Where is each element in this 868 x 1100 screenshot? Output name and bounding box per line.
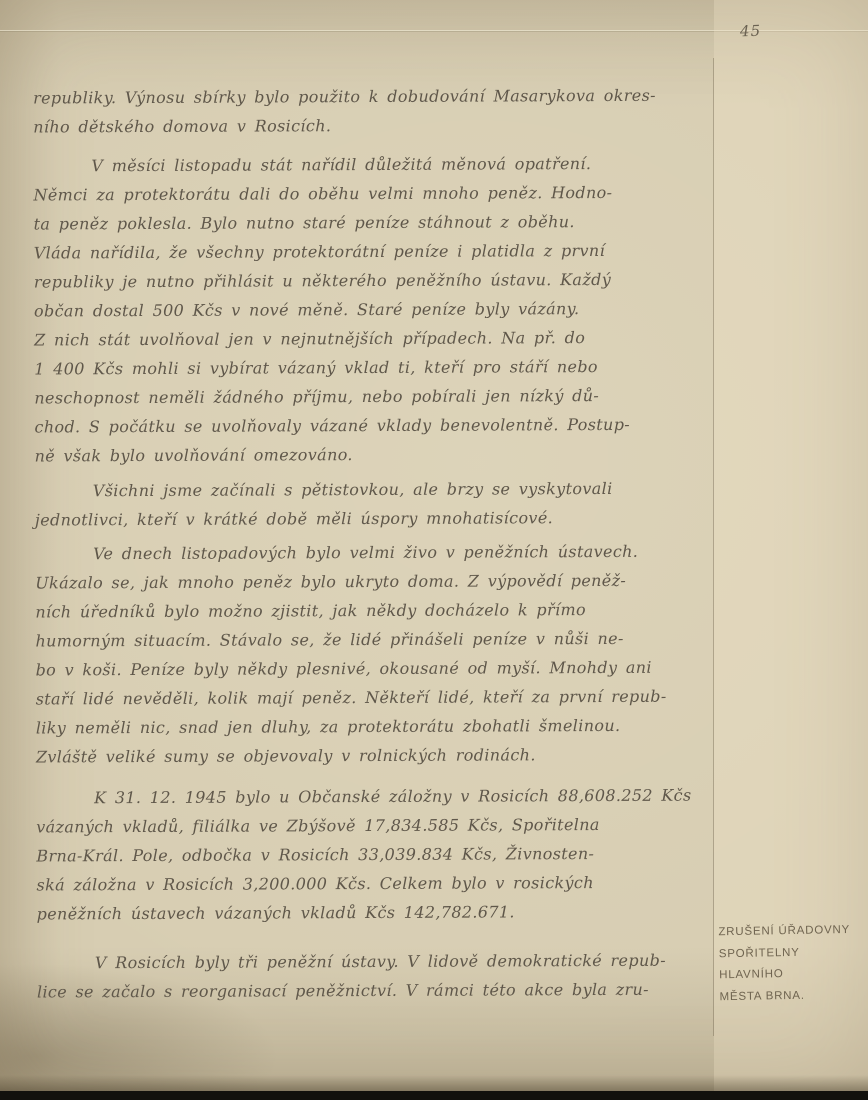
text-line: ta peněz poklesla. Bylo nutno staré pení… [34, 207, 711, 239]
text-line: liky neměli nic, snad jen dluhy, za prot… [36, 711, 713, 743]
paragraph: Všichni jsme začínali s pětistovkou, ale… [35, 474, 712, 535]
text-line: Ukázalo se, jak mnoho peněz bylo ukryto … [35, 566, 712, 598]
text-line: V Rosicích byly tři peněžní ústavy. V li… [37, 946, 714, 978]
text-line: bo v koši. Peníze byly někdy plesnivé, o… [35, 653, 712, 685]
text-line: neschopnost neměli žádného příjmu, nebo … [34, 381, 711, 413]
text-line: K 31. 12. 1945 bylo u Občanské záložny v… [36, 781, 713, 813]
paragraph: Ve dnech listopadových bylo velmi živo v… [35, 537, 713, 772]
text-line: ně však bylo uvolňování omezováno. [35, 439, 712, 471]
text-line: ních úředníků bylo možno zjistit, jak ně… [35, 595, 712, 627]
text-line: 1 400 Kčs mohli si vybírat vázaný vklad … [34, 352, 711, 384]
text-line: humorným situacím. Stávalo se, že lidé p… [35, 624, 712, 656]
paragraph: V Rosicích byly tři peněžní ústavy. V li… [37, 946, 714, 1007]
page-number: 45 [740, 22, 762, 41]
text-line: jednotlivci, kteří v krátké době měli ús… [35, 503, 712, 535]
text-line: lice se začalo s reorganisací peněžnictv… [37, 975, 714, 1007]
text-line: Vláda nařídila, že všechny protektorátní… [34, 236, 711, 268]
text-line: republiky. Výnosu sbírky bylo použito k … [33, 81, 710, 113]
bottom-page-shadow [0, 1075, 868, 1091]
text-line: ního dětského domova v Rosicích. [33, 110, 710, 142]
paragraph: K 31. 12. 1945 bylo u Občanské záložny v… [36, 781, 714, 929]
text-line: Všichni jsme začínali s pětistovkou, ale… [35, 474, 712, 506]
text-line: chod. S počátku se uvolňovaly vázané vkl… [34, 410, 711, 442]
margin-note-line: MĚSTA BRNA. [719, 984, 861, 1008]
margin-note-line: SPOŘITELNY HLAVNÍHO [719, 941, 862, 986]
text-line: Z nich stát uvolňoval jen v nejnutnějšíc… [34, 323, 711, 355]
handwritten-text-block: republiky. Výnosu sbírky bylo použito k … [33, 81, 714, 1007]
text-line: staří lidé nevěděli, kolik mají peněz. N… [36, 682, 713, 714]
text-line: republiky je nutno přihlásit u některého… [34, 265, 711, 297]
text-line: V měsíci listopadu stát nařídil důležitá… [33, 149, 710, 181]
paragraph: republiky. Výnosu sbírky bylo použito k … [33, 81, 710, 142]
text-line: Němci za protektorátu dali do oběhu velm… [33, 178, 710, 210]
margin-note-line: ZRUŠENÍ ÚŘADOVNY [718, 920, 860, 944]
paragraph: V měsíci listopadu stát nařídil důležitá… [33, 149, 711, 471]
text-line: Brna-Král. Pole, odbočka v Rosicích 33,0… [36, 839, 713, 871]
text-line: Ve dnech listopadových bylo velmi živo v… [35, 537, 712, 569]
text-line: ská záložna v Rosicích 3,200.000 Kčs. Ce… [36, 868, 713, 900]
margin-note: ZRUŠENÍ ÚŘADOVNYSPOŘITELNY HLAVNÍHOMĚSTA… [718, 920, 861, 1008]
text-line: Zvláště veliké sumy se objevovaly v roln… [36, 740, 713, 772]
text-line: vázaných vkladů, filiálka ve Zbýšově 17,… [36, 810, 713, 842]
scanned-chronicle-page: 45 republiky. Výnosu sbírky bylo použito… [0, 0, 868, 1100]
scan-bottom-edge [0, 1091, 868, 1100]
text-line: občan dostal 500 Kčs v nové měně. Staré … [34, 294, 711, 326]
text-line: peněžních ústavech vázaných vkladů Kčs 1… [37, 897, 714, 929]
